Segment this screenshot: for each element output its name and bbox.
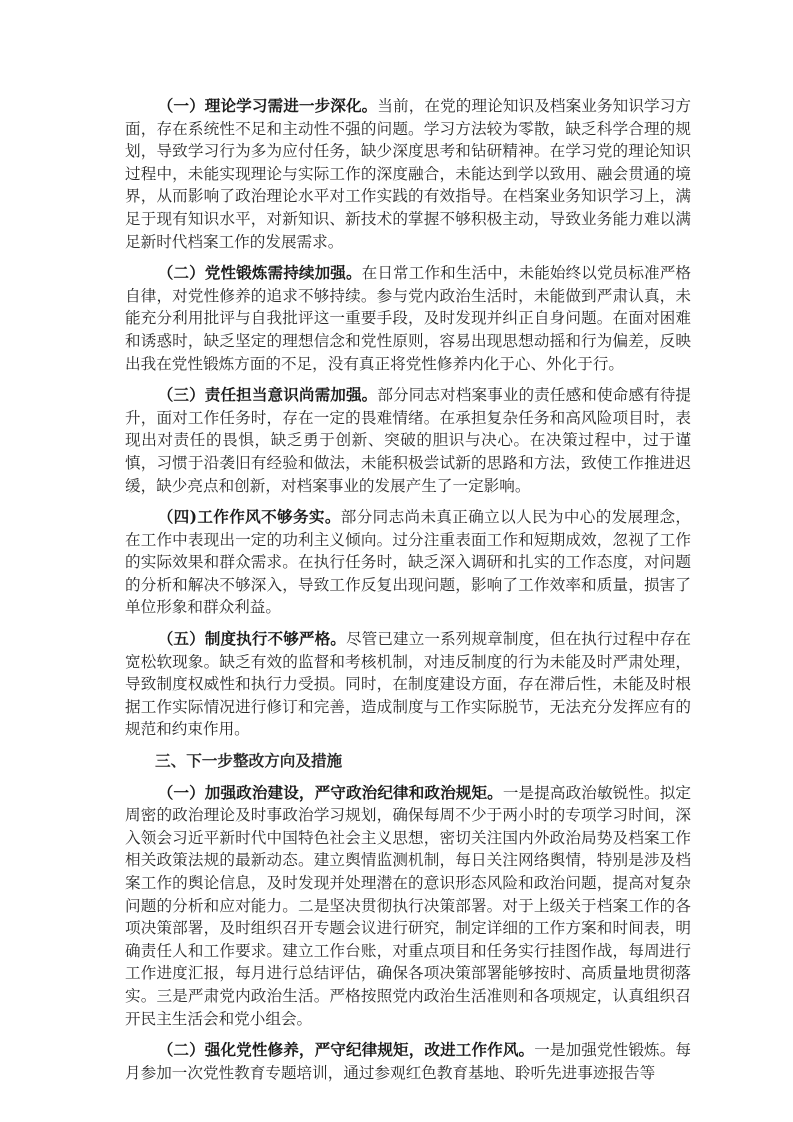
- issue-paragraph-3: （三）责任担当意识尚需加强。部分同志对档案事业的责任感和使命感有待提升，面对工作…: [125, 384, 691, 497]
- document-page: （一）理论学习需进一步深化。当前，在党的理论知识及档案业务知识学习方面，存在系统…: [125, 95, 691, 1093]
- measure-paragraph-1: （一）加强政治建设，严守政治纪律和政治规矩。一是提高政治敏锐性。拟定周密的政治理…: [125, 782, 691, 1031]
- measure-2-lead: （二）强化党性修养，严守纪律规矩，改进工作作风。: [158, 1040, 534, 1059]
- section-heading: 三、下一步整改方向及措施: [125, 750, 691, 773]
- issue-4-lead: （四)工作作风不够务实。: [158, 507, 341, 526]
- measure-1-lead: （一）加强政治建设，严守政治纪律和政治规矩。: [158, 783, 503, 802]
- issue-paragraph-1: （一）理论学习需进一步深化。当前，在党的理论知识及档案业务知识学习方面，存在系统…: [125, 95, 691, 253]
- issue-3-lead: （三）责任担当意识尚需加强。: [158, 385, 378, 404]
- issue-paragraph-2: （二）党性锻炼需持续加强。在日常工作和生活中，未能始终以党员标准严格自律，对党性…: [125, 262, 691, 375]
- issue-paragraph-4: （四)工作作风不够务实。部分同志尚未真正确立以人民为中心的发展理念，在工作中表现…: [125, 506, 691, 619]
- issue-1-lead: （一）理论学习需进一步深化。: [158, 96, 378, 115]
- measure-paragraph-2: （二）强化党性修养，严守纪律规矩，改进工作作风。一是加强党性锻炼。每月参加一次党…: [125, 1039, 691, 1084]
- issue-2-lead: （二）党性锻炼需持续加强。: [158, 263, 362, 282]
- issue-1-body: 当前，在党的理论知识及档案业务知识学习方面，存在系统性不足和主动性不强的问题。学…: [125, 97, 691, 251]
- measure-1-body: 一是提高政治敏锐性。拟定周密的政治理论及时事政治学习规划，确保每周不少于两小时的…: [125, 784, 691, 1028]
- issue-5-lead: （五）制度执行不够严格。: [158, 629, 346, 648]
- issue-paragraph-5: （五）制度执行不够严格。尽管已建立一系列规章制度，但在执行过程中存在宽松软现象。…: [125, 628, 691, 741]
